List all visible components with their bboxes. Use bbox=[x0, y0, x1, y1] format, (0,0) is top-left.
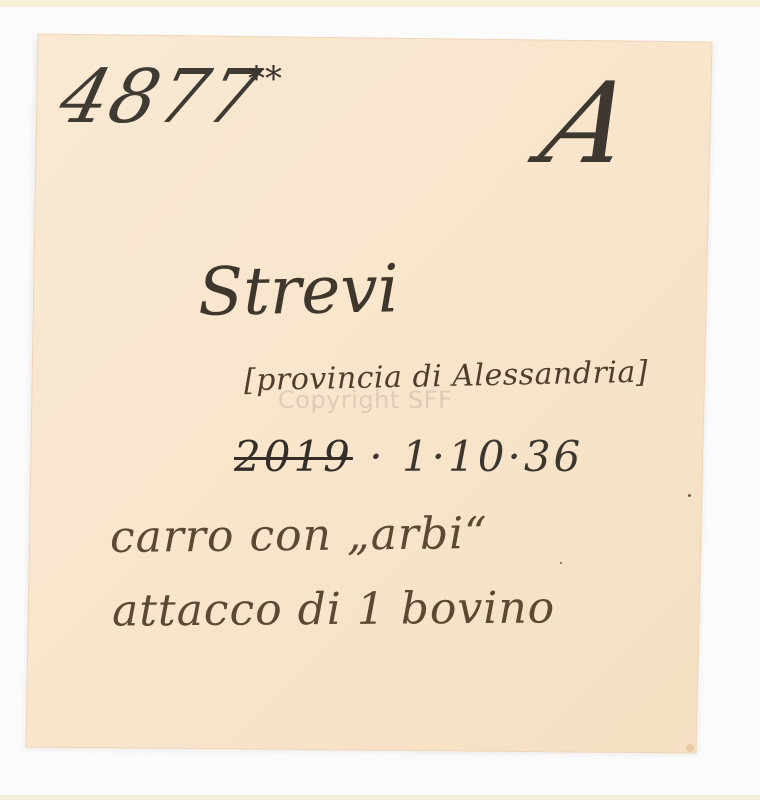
catalog-card: 4877 ** A Strevi [provincia di Alessandr… bbox=[0, 0, 760, 800]
copyright-watermark: Copyright SFF bbox=[278, 386, 452, 414]
bottom-edge-strip bbox=[0, 795, 760, 800]
ink-speck bbox=[560, 562, 562, 564]
description-line-1: carro con „arbi“ bbox=[110, 512, 488, 560]
date-struck-prefix: 2019 bbox=[234, 432, 353, 481]
place-name: Strevi bbox=[197, 256, 399, 325]
description-line-2: attacco di 1 bovino bbox=[112, 586, 556, 633]
ink-speck bbox=[688, 494, 691, 497]
date-value: · 1·10·36 bbox=[369, 432, 583, 481]
date-line: 2019 · 1·10·36 bbox=[234, 436, 583, 478]
catalog-marks: ** bbox=[248, 62, 282, 96]
catalog-number: 4877 bbox=[53, 60, 268, 134]
